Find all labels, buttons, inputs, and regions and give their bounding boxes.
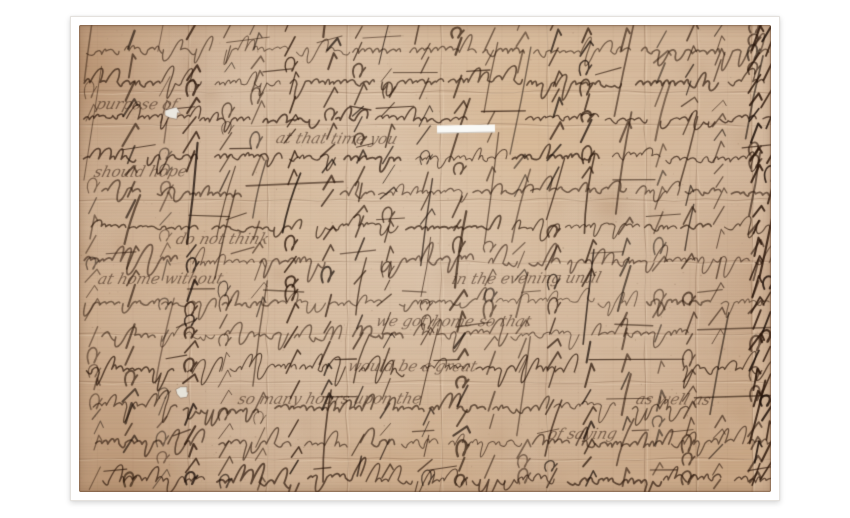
photo-backdrop bbox=[0, 0, 850, 518]
letter-paper bbox=[79, 25, 771, 492]
handwriting-canvas bbox=[79, 25, 771, 492]
letter-photo-card bbox=[70, 16, 780, 501]
